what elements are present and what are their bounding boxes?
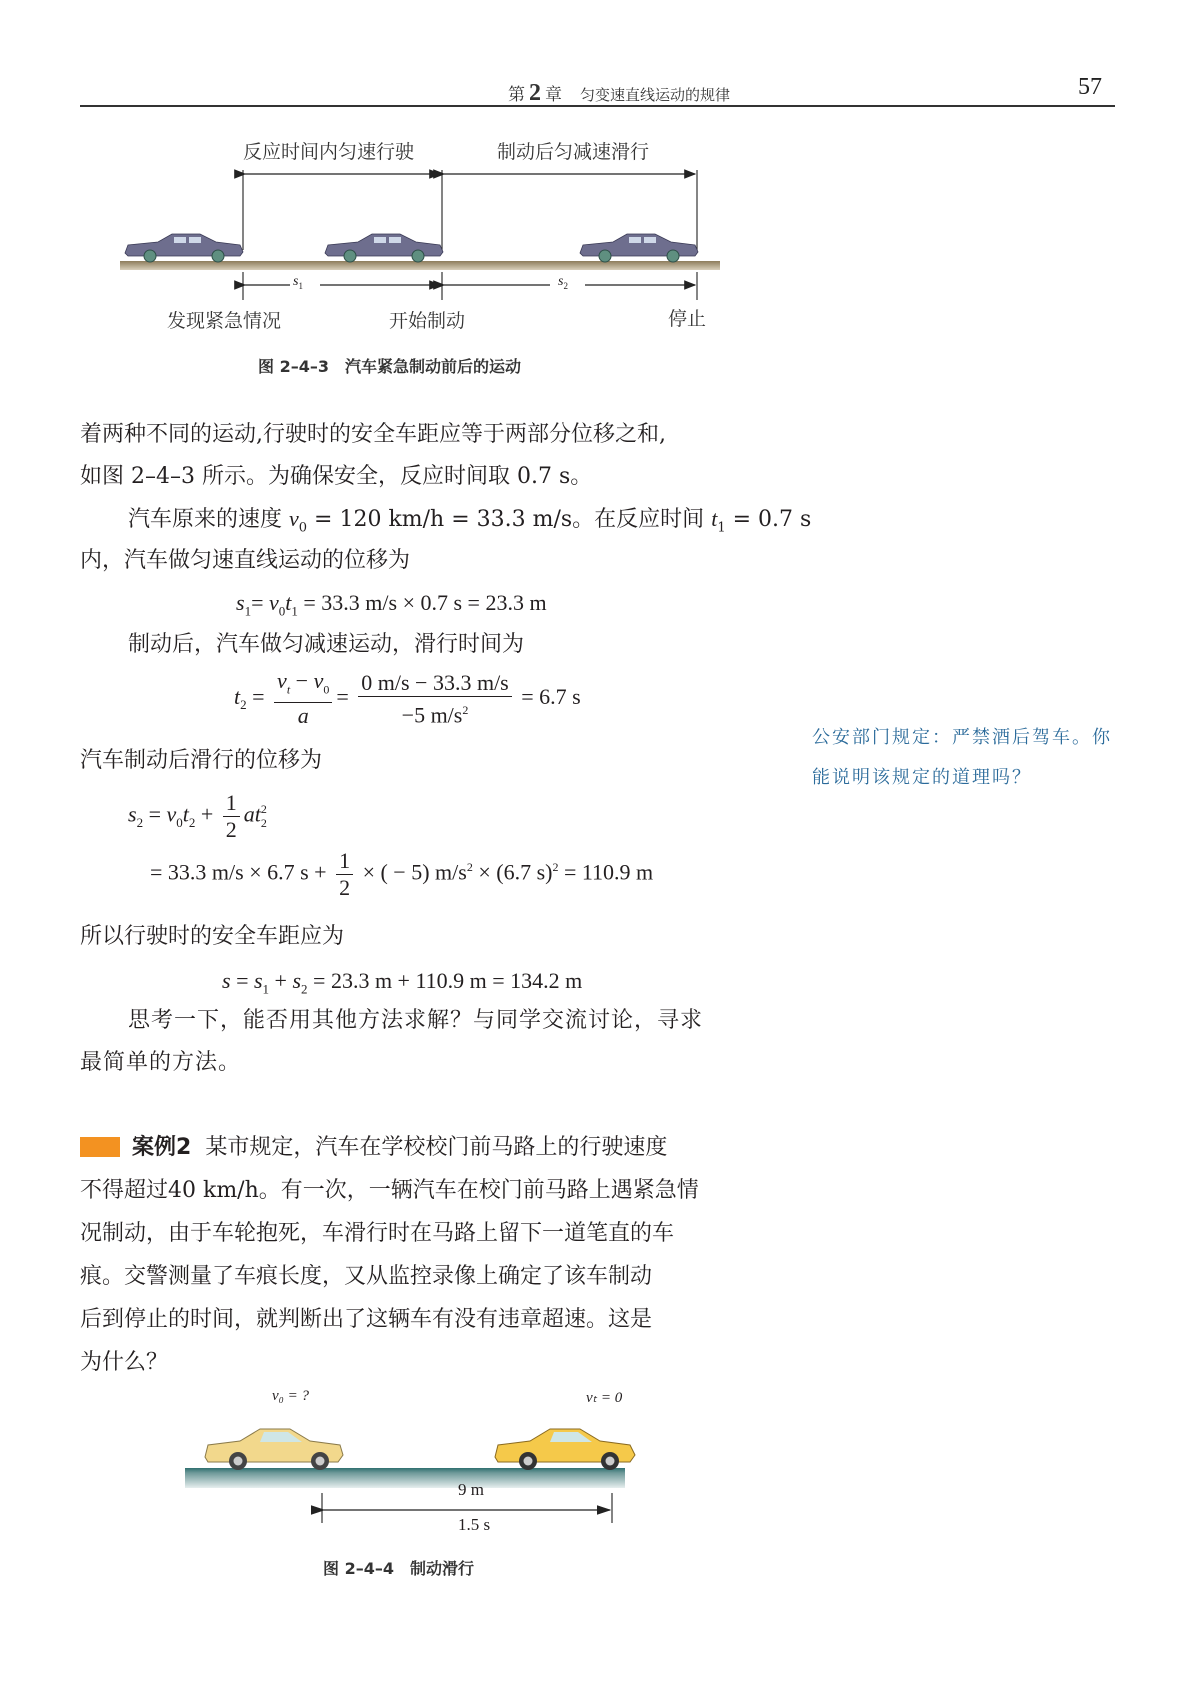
figure-caption: 图 2–4–3 汽车紧急制动前后的运动 [258, 354, 521, 377]
label-stop: 停止 [668, 304, 706, 331]
case-line: 况制动，由于车轮抱死，车滑行时在马路上留下一道笔直的车 [80, 1213, 674, 1255]
chapter-label: 第2章 [508, 80, 563, 107]
page-number: 57 [1078, 74, 1102, 101]
s1-label: s1 [293, 274, 303, 291]
case-accent-bar [80, 1137, 120, 1157]
case-line: 不得超过40 km/h。有一次，一辆汽车在校门前马路上遇紧急情 [80, 1170, 699, 1212]
label-detect-emergency: 发现紧急情况 [167, 306, 281, 333]
s2-label: s2 [558, 274, 568, 291]
label-start-braking: 开始制动 [389, 306, 465, 333]
paragraph-line: 最简单的方法。 [80, 1042, 241, 1084]
case-title: 案例2 [132, 1135, 191, 1160]
equation-s2-line1: s2 = v0t2 + 12at22 [128, 790, 267, 843]
chapter-suffix: 章 [545, 85, 563, 105]
chapter-number: 2 [529, 80, 542, 106]
paragraph-line: 思考一下，能否用其他方法求解？与同学交流讨论，寻求 [128, 1000, 703, 1042]
chapter-title: 匀变速直线运动的规律 [580, 84, 730, 105]
paragraph-line: 所以行驶时的安全车距应为 [80, 916, 344, 958]
case-line: 案例2 某市规定，汽车在学校校门前马路上的行驶速度 [132, 1127, 667, 1169]
equation-s1: s1= v0t1 = 33.3 m/s × 0.7 s = 23.3 m [236, 590, 547, 619]
distance-label: 9 m [458, 1480, 484, 1500]
chapter-prefix: 第 [508, 85, 526, 105]
paragraph-line: 汽车制动后滑行的位移为 [80, 740, 322, 782]
paragraph-line: 内，汽车做匀速直线运动的位移为 [80, 540, 410, 582]
case-line: 痕。交警测量了车痕长度，又从监控录像上确定了该车制动 [80, 1256, 652, 1298]
paragraph-line: 着两种不同的运动,行驶时的安全车距应等于两部分位移之和, [80, 414, 666, 456]
figure-caption: 图 2–4–4 制动滑行 [323, 1556, 474, 1579]
paragraph-line: 制动后，汽车做匀减速运动，滑行时间为 [128, 624, 524, 666]
header-divider [80, 105, 1115, 107]
equation-s2-line2: = 33.3 m/s × 6.7 s + 12 × ( − 5) m/s2 × … [150, 848, 653, 901]
motion-diagram [100, 160, 740, 300]
case-line: 后到停止的时间，就判断出了这辆车有没有违章超速。这是 [80, 1299, 652, 1341]
equation-s-total: s = s1 + s2 = 23.3 m + 110.9 m = 134.2 m [222, 968, 582, 997]
paragraph-line: 如图 2–4–3 所示。为确保安全，反应时间取 0.7 s。 [80, 456, 592, 498]
case-line: 为什么？ [80, 1342, 168, 1384]
time-label: 1.5 s [458, 1515, 490, 1535]
margin-note: 公安部门规定：严禁酒后驾车。你能说明该规定的道理吗？ [812, 718, 1122, 798]
braking-diagram [180, 1405, 640, 1565]
equation-t2: t2 = vt − v0a= 0 m/s − 33.3 m/s−5 m/s2 =… [234, 668, 581, 729]
v0-label: v₀ = ? [272, 1388, 309, 1405]
